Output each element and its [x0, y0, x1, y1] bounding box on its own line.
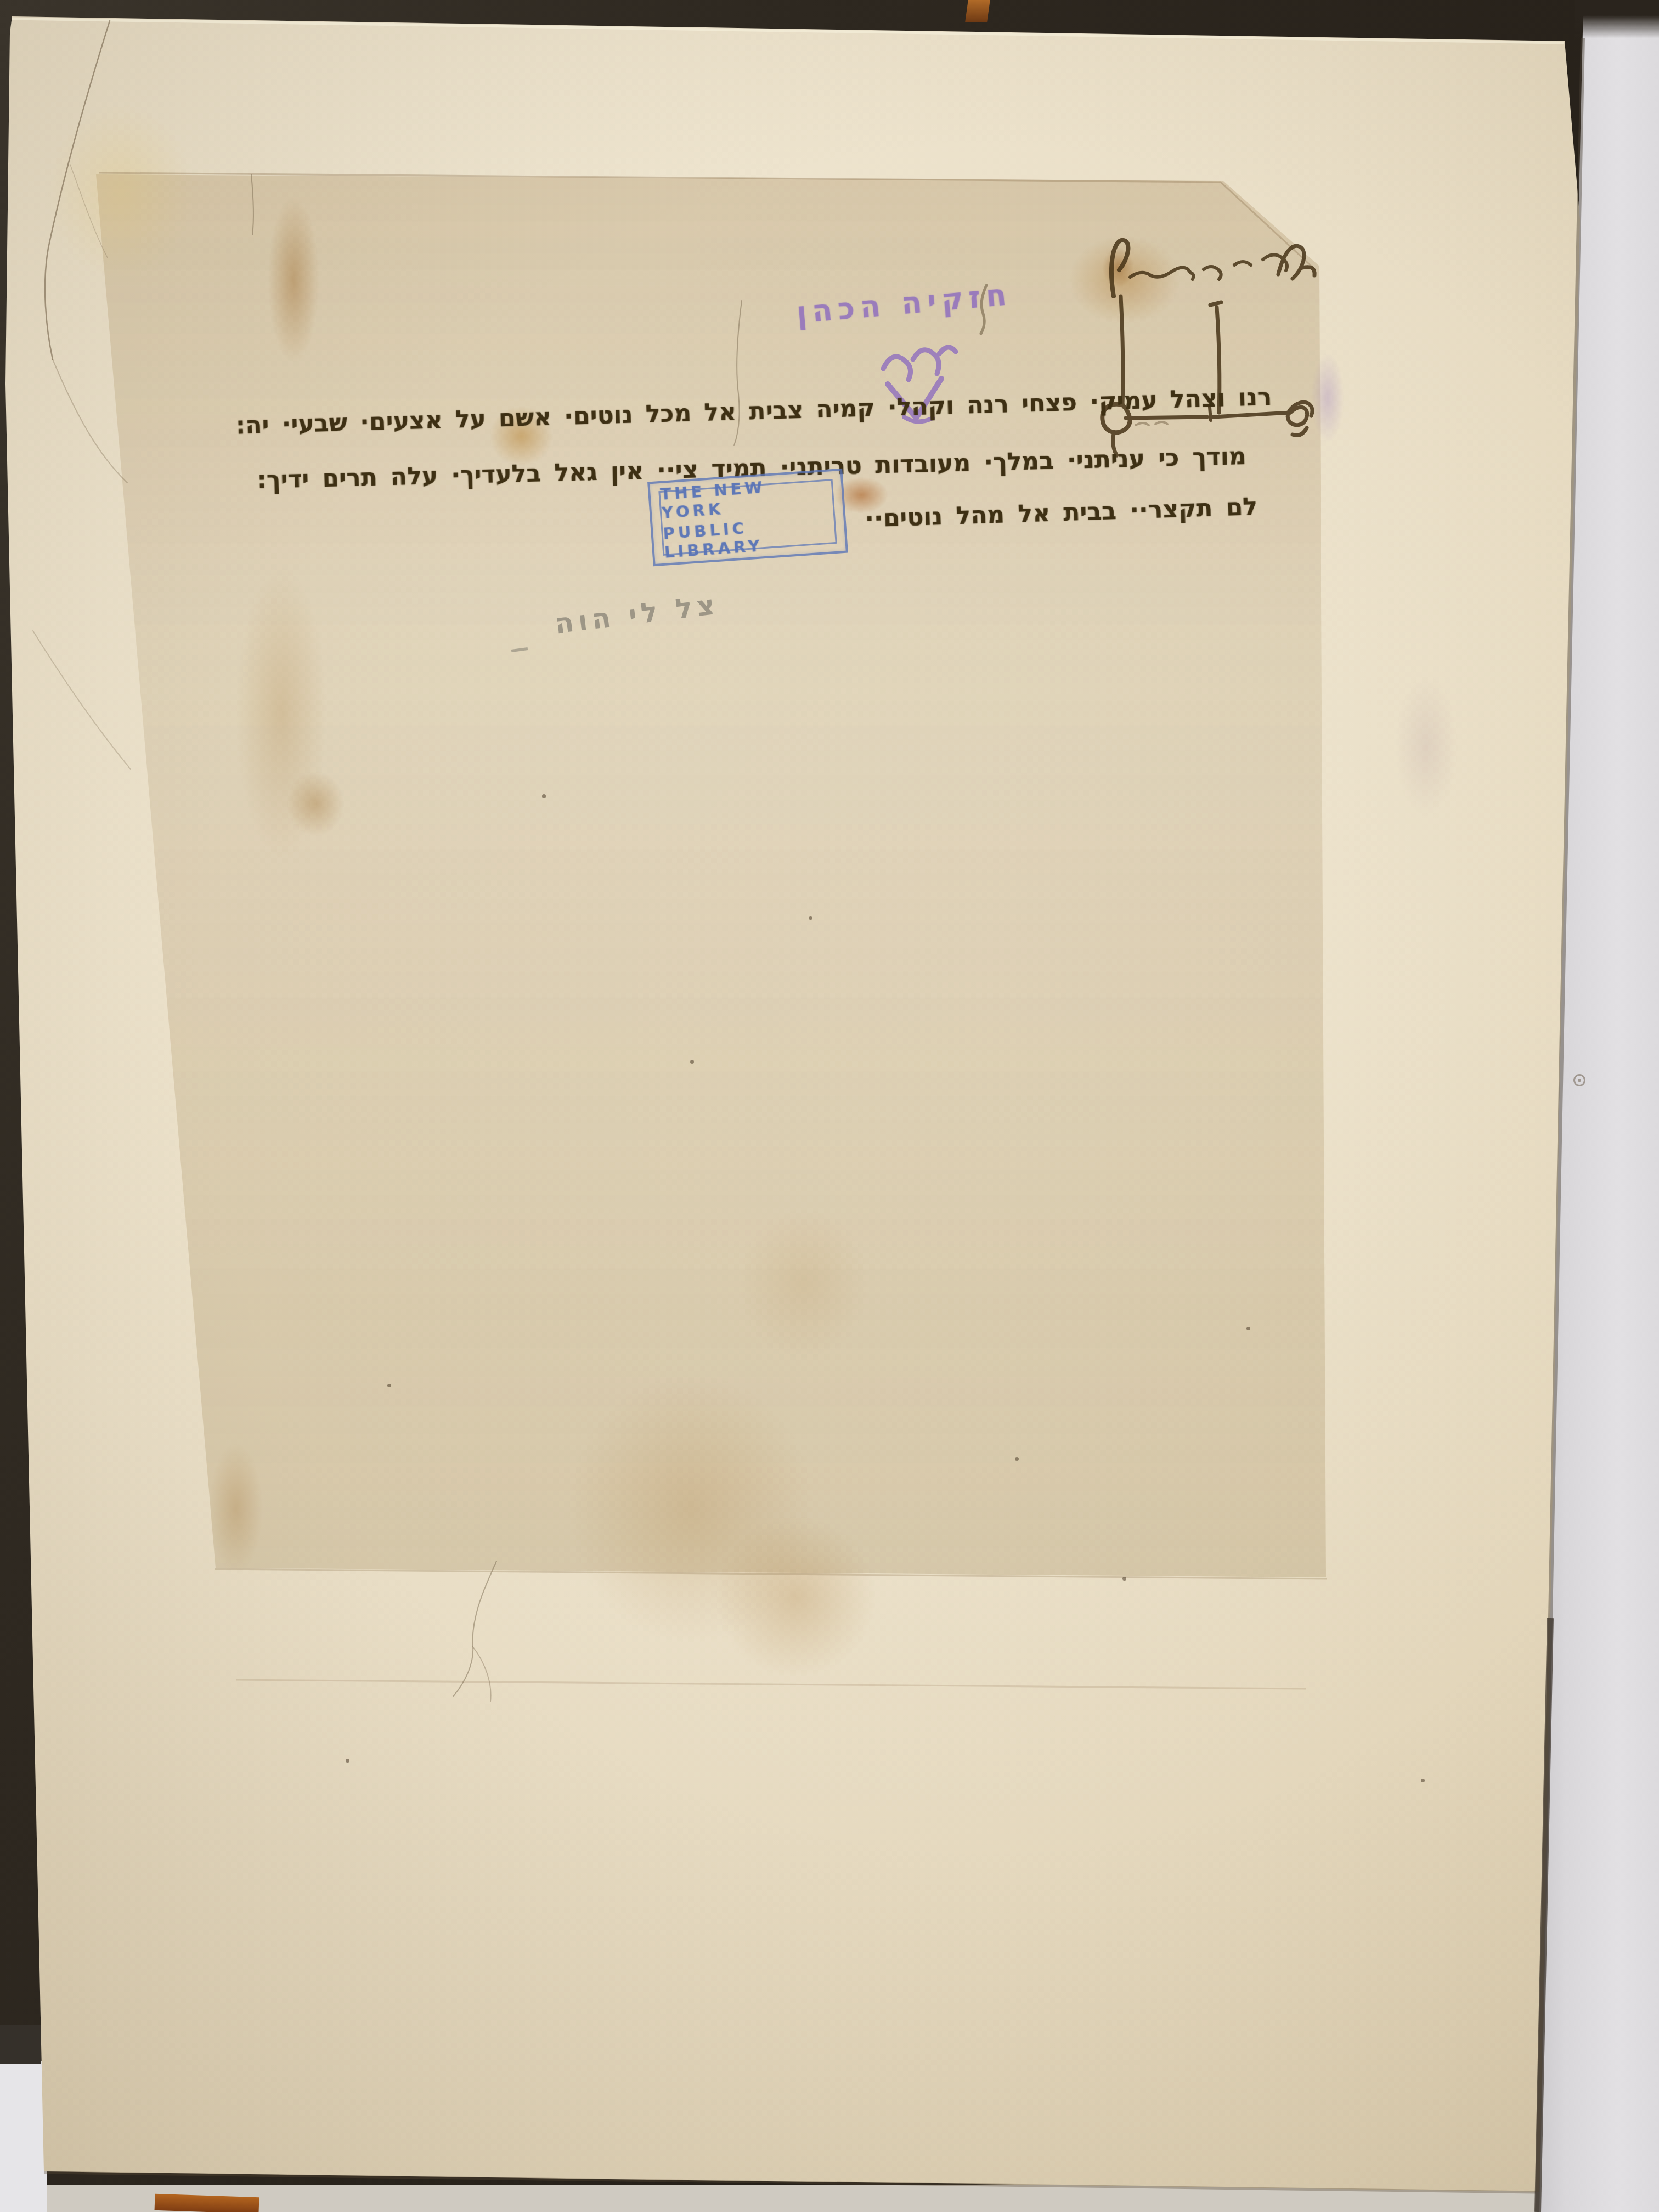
ring-dot-mark — [1573, 1074, 1585, 1086]
library-stamp-inner-border: THE NEW YORK PUBLIC LIBRARY — [658, 479, 837, 556]
speck — [809, 916, 812, 920]
paper-cracks — [33, 21, 742, 1702]
speck — [387, 1384, 391, 1387]
speck — [1246, 1327, 1250, 1330]
surface-detail-layer — [0, 0, 1659, 2212]
ink-inscription — [981, 240, 1314, 455]
library-stamp: THE NEW YORK PUBLIC LIBRARY — [647, 469, 848, 566]
inlay-shadow-line — [236, 1680, 1306, 1689]
speck — [346, 1759, 349, 1763]
manuscript-photo: רנו וצהל עמיק· פצחי רנה וקהל· קמיה צבית … — [0, 0, 1659, 2212]
speck — [690, 1060, 694, 1064]
speck — [1421, 1779, 1425, 1782]
inlay-bottom-edge — [215, 1569, 1327, 1579]
inlay-top-edge — [99, 173, 1316, 270]
leaf-bottom-edge — [44, 2172, 1536, 2192]
leaf-top-edge — [12, 19, 1564, 43]
gutter-shadow-lower — [1538, 1618, 1550, 2212]
speck — [1015, 1457, 1019, 1461]
speck — [542, 794, 546, 798]
speck — [1122, 1577, 1126, 1581]
